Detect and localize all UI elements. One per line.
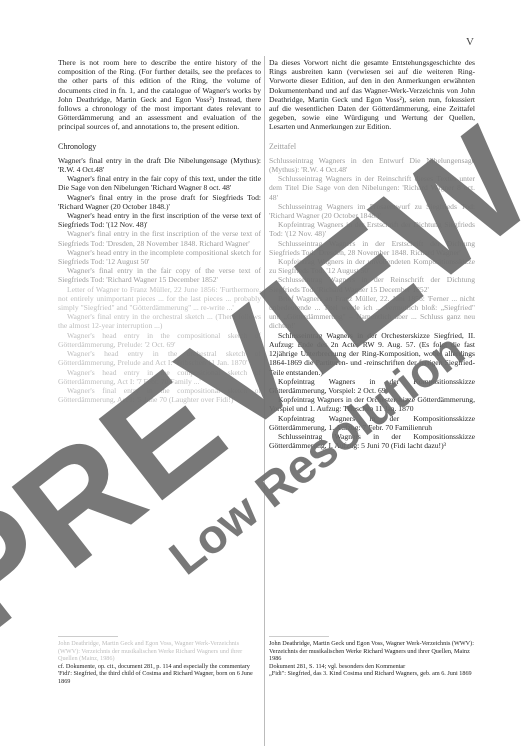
footnote: John Deathridge, Martin Geck und Egon Vo… — [269, 640, 475, 663]
footnote-rule — [269, 636, 329, 637]
footnote: Dokument 281, S. 114; vgl. besonders den… — [269, 663, 475, 671]
zeittafel-entry: Kopfeintrag Wagners in der Kompositionss… — [269, 414, 475, 432]
chronology-entry: Wagner's head entry in the compositional… — [58, 368, 261, 386]
german-column: Da dieses Vorwort nicht die gesamte Ents… — [269, 58, 475, 450]
zeittafel-entry: Schlusseintrag Wagners in der Erstschrif… — [269, 239, 475, 257]
chronology-entry: Wagner's final entry in the fair copy of… — [58, 174, 261, 192]
zeittafel-entry: Schlusseintrag Wagners in den Entwurf Di… — [269, 156, 475, 174]
chronology-heading: Chronology — [58, 142, 261, 151]
page-number: V — [466, 36, 474, 48]
zeittafel-entry: Kopfeintrag Wagners in der Orchesterskiz… — [269, 395, 475, 413]
footnote: 'Fidi': Siegfried, the third child of Co… — [58, 670, 261, 685]
zeittafel-heading: Zeittafel — [269, 142, 475, 151]
chronology-entry: Wagner's final entry in the orchestral s… — [58, 312, 261, 330]
chronology-entry: Wagner's final entry in the first inscri… — [58, 229, 261, 247]
chronology-entry: Wagner's head entry in the first inscrip… — [58, 211, 261, 229]
chronology-entry: Wagner's final entry in the compositiona… — [58, 386, 261, 404]
chronology-entry: Wagner's head entry in the orchestral sk… — [58, 349, 261, 367]
zeittafel-entry: Schlusseintrag Wagners im Prosaentwurf z… — [269, 202, 475, 220]
intro-paragraph: There is not room here to describe the e… — [58, 58, 261, 132]
zeittafel-entry: Schlusseintrag Wagners in der Reinschrif… — [269, 174, 475, 202]
zeittafel-entry: Brief Wagners an Franz Müller, 22. Juni … — [269, 294, 475, 331]
intro-paragraph: Da dieses Vorwort nicht die gesamte Ents… — [269, 58, 475, 132]
zeittafel-entry: Schlusseintrag Wagners in der Orchesters… — [269, 331, 475, 377]
chronology-entry: Letter of Wagner to Franz Müller, 22 Jun… — [58, 285, 261, 313]
zeittafel-entry: Kopfeintrag Wagners in der unvollendeten… — [269, 257, 475, 275]
chronology-entry: Wagner's head entry in the compositional… — [58, 331, 261, 349]
chronology-entry: Wagner's head entry in the incomplete co… — [58, 248, 261, 266]
zeittafel-entry: Schlusseintrag Wagners in der Kompositio… — [269, 432, 475, 450]
zeittafel-entry: Kopfeintrag Wagners in der Kompositionss… — [269, 377, 475, 395]
footnote: „Fidi": Siegfried, das 3. Kind Cosima un… — [269, 670, 475, 678]
footnote-rule — [58, 636, 118, 637]
footnote: cf. Dokumente, op. cit., document 281, p… — [58, 663, 261, 671]
column-divider — [264, 56, 265, 746]
chronology-entry: Wagner's final entry in the prose draft … — [58, 193, 261, 211]
chronology-entry: Wagner's final entry in the draft Die Ni… — [58, 156, 261, 174]
zeittafel-entry: Schlusseintrag Wagners in der Reinschrif… — [269, 275, 475, 293]
german-footnotes: John Deathridge, Martin Geck und Egon Vo… — [269, 636, 475, 678]
english-footnotes: John Deathridge, Martin Geck and Egon Vo… — [58, 636, 261, 686]
english-column: There is not room here to describe the e… — [58, 58, 261, 404]
zeittafel-entry: Kopfeintrag Wagners in der Erstschrift d… — [269, 220, 475, 238]
footnote: John Deathridge, Martin Geck and Egon Vo… — [58, 640, 261, 663]
chronology-entry: Wagner's final entry in the fair copy of… — [58, 266, 261, 284]
